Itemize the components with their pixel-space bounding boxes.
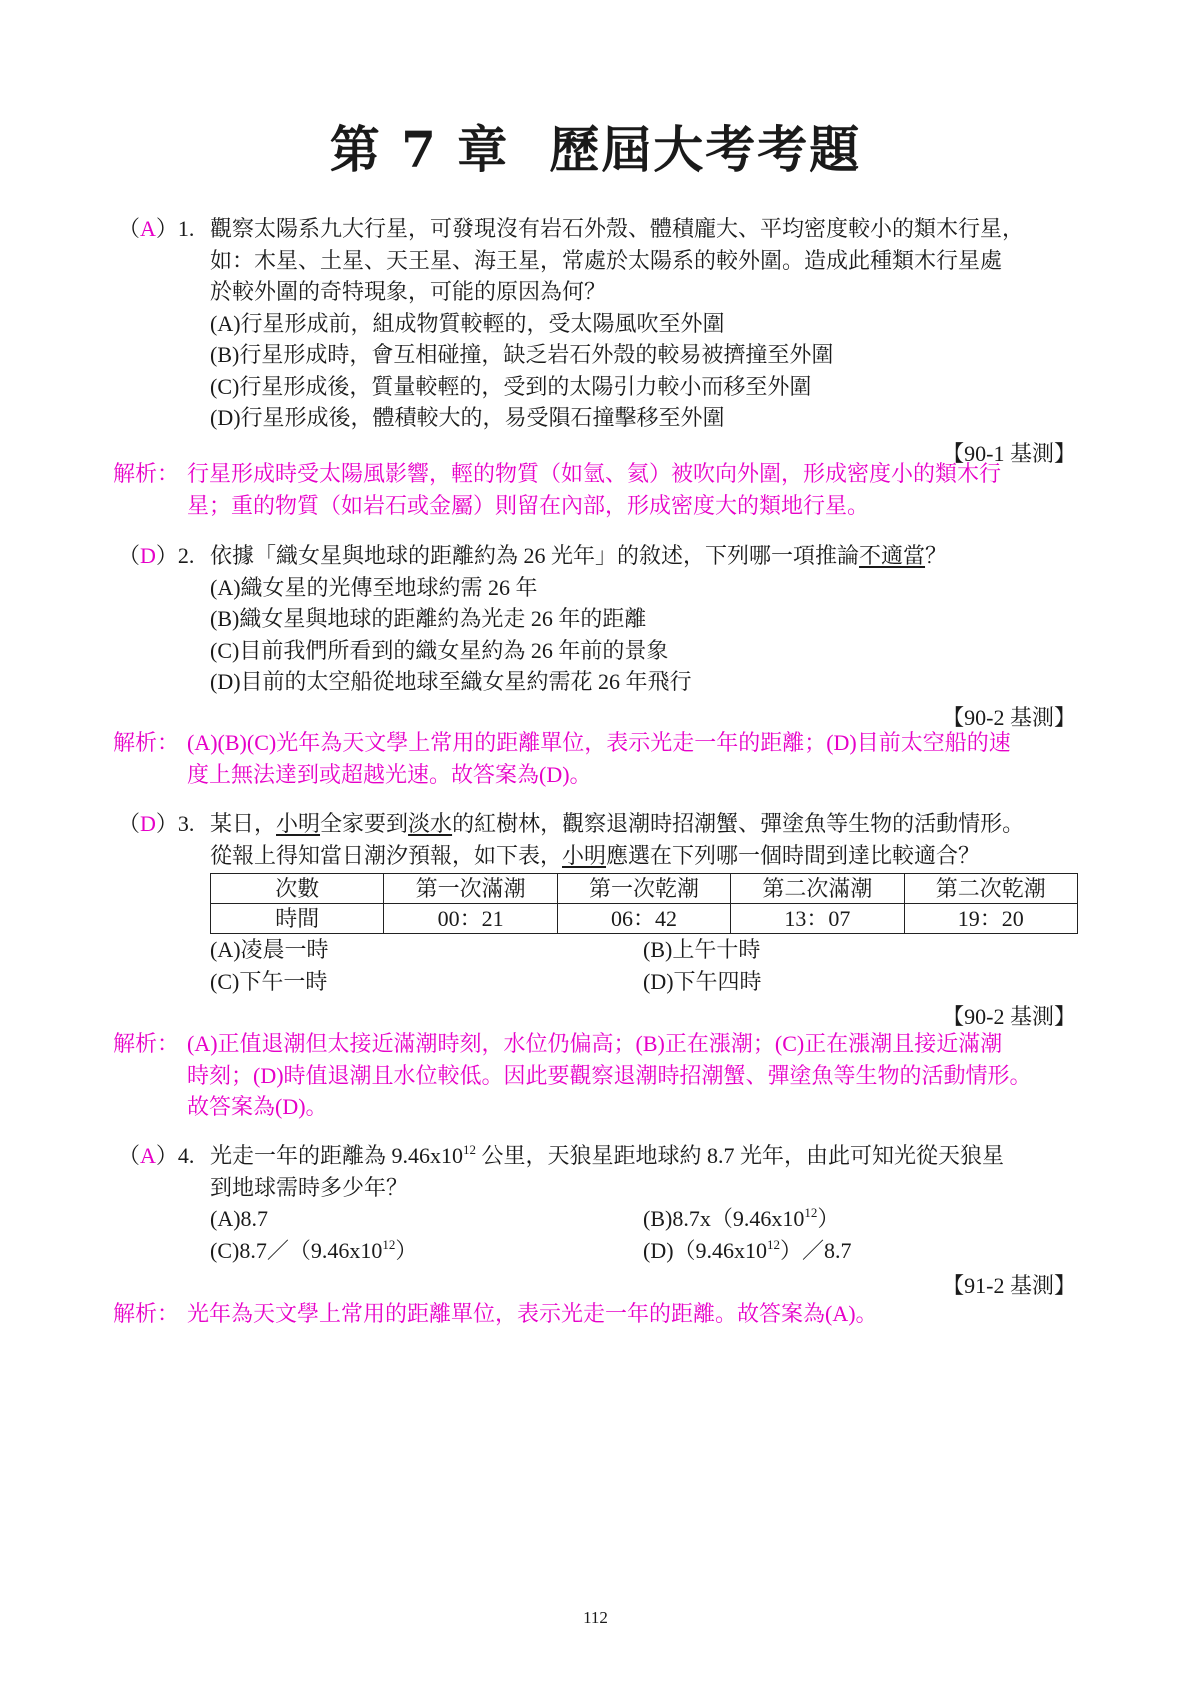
table-row: 時間 00：21 06：42 13：07 19：20 — [211, 904, 1078, 934]
table-cell: 第二次滿潮 — [731, 874, 904, 904]
chapter-title: 第 7 章歷屆大考考題 — [0, 110, 1191, 182]
answer-letter: D — [140, 543, 156, 568]
explanation-line: 時刻；(D)時值退潮且水位較低。因此要觀察退潮時招潮蟹、彈塗魚等生物的活動情形。 — [187, 1060, 1088, 1092]
stem-line: 某日，小明全家要到淡水的紅樹林，觀察退潮時招潮蟹、彈塗魚等生物的活動情形。 — [210, 808, 1088, 840]
option-d: (D)行星形成後，體積較大的，易受隕石撞擊移至外圍 — [210, 402, 1088, 434]
question-number: 1. — [178, 216, 195, 241]
table-cell: 19：20 — [904, 904, 1077, 934]
tide-table: 次數 第一次滿潮 第一次乾潮 第二次滿潮 第二次乾潮 時間 00：21 06：4… — [210, 873, 1078, 934]
table-cell: 第二次乾潮 — [904, 874, 1077, 904]
explanation-line: 故答案為(D)。 — [187, 1091, 1088, 1123]
option-text: ）／8.7 — [780, 1238, 852, 1263]
person-name: 小明 — [276, 811, 320, 836]
options-row: (C)下午一時 (D)下午四時 — [210, 966, 1088, 998]
option-d: (D)（9.46x1012）／8.7 — [643, 1235, 1076, 1267]
stem-text: 依據「織女星與地球的距離約為 26 光年」的敘述，下列哪一項推論 — [210, 543, 859, 568]
option-a: (A)8.7 — [210, 1203, 643, 1235]
answer-letter: D — [140, 811, 156, 836]
stem-line: 光走一年的距離為 9.46x1012 公里，天狼星距地球約 8.7 光年，由此可… — [210, 1140, 1088, 1172]
exam-source: 【91-2 基測】 — [118, 1270, 1076, 1302]
option-d: (D)目前的太空船從地球至織女星約需花 26 年飛行 — [210, 666, 1088, 698]
place-name: 淡水 — [408, 811, 452, 836]
stem-line: 如：木星、土星、天王星、海王星，常處於太陽系的較外圍。造成此種類木行星處 — [210, 245, 1088, 277]
table-cell: 第一次乾潮 — [557, 874, 730, 904]
stem-text: ？ — [925, 543, 947, 568]
question-4: （A）4. 光走一年的距離為 9.46x1012 公里，天狼星距地球約 8.7 … — [118, 1140, 1088, 1302]
stem-text: 從報上得知當日潮汐預報，如下表， — [210, 843, 562, 868]
question-stem: 觀察太陽系九大行星，可發現沒有岩石外殼、體積龐大、平均密度較小的類木行星， 如：… — [210, 213, 1088, 308]
table-cell: 00：21 — [384, 904, 557, 934]
option-text: (C)8.7／（9.46x10 — [210, 1238, 382, 1263]
question-1: （A）1. 觀察太陽系九大行星，可發現沒有岩石外殼、體積龐大、平均密度較小的類木… — [118, 213, 1088, 469]
explanation-label: 解析： — [113, 458, 187, 521]
options-row: (A)8.7 (B)8.7x（9.46x1012） — [210, 1203, 1088, 1235]
exponent: 12 — [804, 1205, 817, 1220]
stem-text: 某日， — [210, 811, 276, 836]
explanation-line: 光年為天文學上常用的距離單位，表示光走一年的距離。故答案為(A)。 — [187, 1298, 1088, 1330]
option-text: ） — [395, 1238, 417, 1263]
table-header-row: 次數 第一次滿潮 第一次乾潮 第二次滿潮 第二次乾潮 — [211, 874, 1078, 904]
question-number: 4. — [178, 1143, 195, 1168]
explanation-line: 行星形成時受太陽風影響，輕的物質（如氫、氦）被吹向外圍，形成密度小的類木行 — [187, 458, 1088, 490]
option-text: (B)8.7x（9.46x10 — [643, 1206, 804, 1231]
option-text: (A)8.7 — [210, 1206, 268, 1231]
stem-text: 光走一年的距離為 9.46x10 — [210, 1143, 463, 1168]
stem-text: 公里，天狼星距地球約 8.7 光年，由此可知光從天狼星 — [476, 1143, 1004, 1168]
option-b: (B)行星形成時，會互相碰撞，缺乏岩石外殼的較易被擠撞至外圍 — [210, 339, 1088, 371]
answer-box: （D）3. — [118, 808, 210, 871]
option-b: (B)上午十時 — [643, 934, 1076, 966]
options-row: (A)凌晨一時 (B)上午十時 — [210, 934, 1088, 966]
question-2: （D）2. 依據「織女星與地球的距離約為 26 光年」的敘述，下列哪一項推論不適… — [118, 540, 1088, 733]
answer-box: （A）1. — [118, 213, 210, 308]
stem-underlined: 不適當 — [859, 543, 925, 568]
exponent: 12 — [463, 1142, 476, 1157]
explanation-line: (A)正值退潮但太接近滿潮時刻，水位仍偏高；(B)正在漲潮；(C)正在漲潮且接近… — [187, 1028, 1088, 1060]
option-b: (B)織女星與地球的距離約為光走 26 年的距離 — [210, 603, 1088, 635]
table-cell: 次數 — [211, 874, 384, 904]
exponent: 12 — [767, 1237, 780, 1252]
table-cell: 時間 — [211, 904, 384, 934]
answer-letter: A — [140, 1143, 156, 1168]
person-name: 小明 — [562, 843, 606, 868]
explanation-label: 解析： — [113, 1298, 187, 1330]
question-stem: 依據「織女星與地球的距離約為 26 光年」的敘述，下列哪一項推論不適當？ — [210, 540, 1088, 572]
explanation-line: 度上無法達到或超越光速。故答案為(D)。 — [187, 759, 1088, 791]
stem-line: 於較外圍的奇特現象，可能的原因為何？ — [210, 276, 1088, 308]
table-cell: 13：07 — [731, 904, 904, 934]
options-row: (C)8.7／（9.46x1012） (D)（9.46x1012）／8.7 — [210, 1235, 1088, 1267]
question-3: （D）3. 某日，小明全家要到淡水的紅樹林，觀察退潮時招潮蟹、彈塗魚等生物的活動… — [118, 808, 1088, 1033]
option-a: (A)行星形成前，組成物質較輕的，受太陽風吹至外圍 — [210, 308, 1088, 340]
stem-line: 從報上得知當日潮汐預報，如下表，小明應選在下列哪一個時間到達比較適合？ — [210, 840, 1088, 872]
exponent: 12 — [382, 1237, 395, 1252]
explanation-line: (A)(B)(C)光年為天文學上常用的距離單位，表示光走一年的距離；(D)目前太… — [187, 727, 1088, 759]
option-text: (D)（9.46x10 — [643, 1238, 767, 1263]
explanation-2: 解析： (A)(B)(C)光年為天文學上常用的距離單位，表示光走一年的距離；(D… — [113, 727, 1088, 790]
explanation-label: 解析： — [113, 1028, 187, 1123]
option-d: (D)下午四時 — [643, 966, 1076, 998]
stem-text: 的紅樹林，觀察退潮時招潮蟹、彈塗魚等生物的活動情形。 — [452, 811, 1024, 836]
explanation-4: 解析： 光年為天文學上常用的距離單位，表示光走一年的距離。故答案為(A)。 — [113, 1298, 1088, 1330]
chapter-number: 第 7 章 — [330, 120, 510, 179]
explanation-label: 解析： — [113, 727, 187, 790]
explanation-1: 解析： 行星形成時受太陽風影響，輕的物質（如氫、氦）被吹向外圍，形成密度小的類木… — [113, 458, 1088, 521]
page-number: 112 — [0, 1608, 1191, 1628]
option-a: (A)凌晨一時 — [210, 934, 643, 966]
stem-line: 到地球需時多少年？ — [210, 1172, 1088, 1204]
explanation-3: 解析： (A)正值退潮但太接近滿潮時刻，水位仍偏高；(B)正在漲潮；(C)正在漲… — [113, 1028, 1088, 1123]
stem-text: 應選在下列哪一個時間到達比較適合？ — [606, 843, 980, 868]
chapter-name: 歷屆大考考題 — [549, 120, 861, 179]
answer-box: （D）2. — [118, 540, 210, 572]
stem-line: 觀察太陽系九大行星，可發現沒有岩石外殼、體積龐大、平均密度較小的類木行星， — [210, 213, 1088, 245]
question-stem: 某日，小明全家要到淡水的紅樹林，觀察退潮時招潮蟹、彈塗魚等生物的活動情形。 從報… — [210, 808, 1088, 871]
option-text: ） — [817, 1206, 839, 1231]
stem-text: 全家要到 — [320, 811, 408, 836]
question-number: 2. — [178, 543, 195, 568]
table-cell: 第一次滿潮 — [384, 874, 557, 904]
answer-letter: A — [140, 216, 156, 241]
explanation-line: 星；重的物質（如岩石或金屬）則留在內部，形成密度大的類地行星。 — [187, 490, 1088, 522]
table-cell: 06：42 — [557, 904, 730, 934]
question-number: 3. — [178, 811, 195, 836]
option-c: (C)目前我們所看到的織女星約為 26 年前的景象 — [210, 635, 1088, 667]
question-stem: 光走一年的距離為 9.46x1012 公里，天狼星距地球約 8.7 光年，由此可… — [210, 1140, 1088, 1203]
option-c: (C)8.7／（9.46x1012） — [210, 1235, 643, 1267]
option-c: (C)下午一時 — [210, 966, 643, 998]
option-b: (B)8.7x（9.46x1012） — [643, 1203, 1076, 1235]
option-a: (A)織女星的光傳至地球約需 26 年 — [210, 572, 1088, 604]
option-c: (C)行星形成後，質量較輕的，受到的太陽引力較小而移至外圍 — [210, 371, 1088, 403]
answer-box: （A）4. — [118, 1140, 210, 1203]
